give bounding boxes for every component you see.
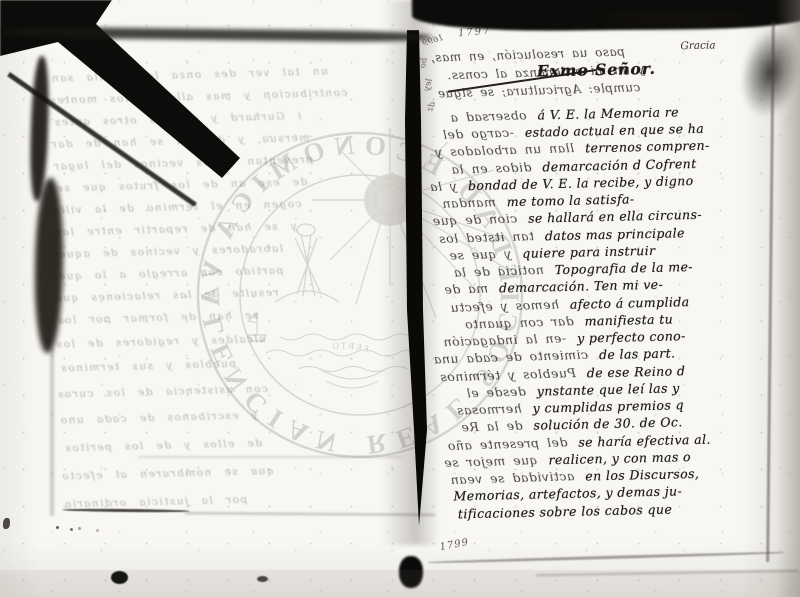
- bleedthrough-text: dar con quanto: [464, 313, 573, 331]
- bleedthrough-text: llan un arbolados y: [435, 140, 575, 159]
- bleedthrough-text: cogen en el termino de la villa: [52, 198, 302, 217]
- bleedthrough-text: contribucion y mas alla de los montes: [49, 87, 348, 107]
- margin-scribble: ley: [422, 77, 435, 92]
- bleedthrough-text: Pueblos y términos: [440, 365, 576, 384]
- handwritten-text: bondad de V. E. la recibe, y digno: [468, 173, 694, 193]
- manuscript-line: cimiento de cada una de las part.: [433, 345, 675, 365]
- bleedthrough-text: noticia de la: [453, 262, 544, 280]
- handwritten-text: Topografia de la me-: [555, 259, 693, 277]
- bleedthrough-text: mersua, y de alli se han de dar: [50, 132, 310, 151]
- margin-scribble: 1699: [421, 33, 445, 49]
- bleedthrough-text: de la Re: [461, 418, 523, 435]
- handwritten-text: y cumplidas premios q: [532, 397, 684, 415]
- bleedthrough-text: con asistencia de los curas: [56, 383, 267, 401]
- bleedthrough-text: hermosas: [456, 401, 522, 418]
- handwritten-text: quiere para instruir: [522, 243, 655, 261]
- handwritten-text: se haría efectiva al.: [578, 432, 711, 450]
- handwritten-text: de ese Reino d: [587, 363, 686, 380]
- bleedthrough-line: pueblos y sus terminos: [60, 352, 237, 376]
- bleedthrough-line: cogen en el termino de la villa: [51, 192, 301, 218]
- salutation: Exmo Señor.: [537, 59, 656, 81]
- bleedthrough-text: de ellos y de los peritos: [64, 437, 262, 454]
- handwritten-text: en los Discursos,: [585, 466, 699, 484]
- bleedthrough-line: por la justicia ordinaria: [63, 488, 247, 512]
- handwritten-text: á V. E. la Memoria re: [537, 104, 679, 122]
- bleedthrough-text: se han de formar por los: [57, 309, 259, 326]
- year-annotation: 1799: [439, 537, 470, 553]
- handwritten-text: tificaciones sobre los cabos que: [458, 502, 673, 522]
- folio-number: 1797: [458, 25, 492, 39]
- handwritten-text: afecto á cumplida: [570, 294, 690, 312]
- scanned-manuscript-page: REAL SOCIEDAD ECONOMICA VALENCIANA: [0, 0, 800, 597]
- manuscript-line: mandan me tomo la satisfa-: [442, 191, 635, 210]
- bleedthrough-line: i Gurhard y de sus otros antes: [53, 104, 301, 129]
- handwritten-text: me tomo la satisfa-: [507, 191, 635, 209]
- bleedthrough-text: -en la indagación: [443, 330, 567, 349]
- handwritten-text: solución de 30. de Oc.: [533, 414, 682, 432]
- handwritten-text: demarcación. Ten mi ve-: [499, 277, 663, 296]
- bleedthrough-line: se han de formar por los: [56, 303, 258, 327]
- bleedthrough-line: de ellos y de los peritos: [64, 431, 262, 455]
- bleedthrough-text: i Gurhard y de sus otros antes: [53, 110, 301, 128]
- bleedthrough-text: de ese an de los frutos que se: [55, 176, 307, 195]
- left-page: un tal ver des onza la camilla san contr…: [38, 47, 422, 537]
- handwritten-text: datos mas principale: [545, 225, 685, 243]
- handwritten-text: y perfecto cono-: [577, 328, 686, 345]
- bleedthrough-line: partido con arreglo a lo que: [57, 259, 283, 284]
- handwritten-text: ynstante que leí las y: [537, 380, 680, 398]
- scribble-text: ley: [422, 77, 435, 92]
- bleedthrough-text: desde el: [466, 384, 526, 401]
- bleedthrough-text: cumple: Agricultura; se sigue: [437, 80, 640, 100]
- bleedthrough-text: del presente año: [447, 434, 567, 453]
- manuscript-line: tificaciones sobre los cabos que: [447, 502, 673, 522]
- bleedthrough-text: pueblos y sus terminos: [60, 358, 236, 375]
- bleedthrough-text: resulte de las relaciones que: [54, 287, 279, 305]
- manuscript-line: de la Re solución de 30. de Oc.: [461, 414, 683, 434]
- bleedthrough-text: didos en la: [451, 159, 532, 177]
- bleedthrough-text: tan itsted los: [438, 228, 534, 246]
- heading-word-gracia: Gracia: [680, 39, 715, 52]
- bleedthrough-line: y escribanos de cada uno: [59, 403, 258, 427]
- bleedthrough-line: resulte de las relaciones que: [54, 281, 279, 306]
- bleedthrough-text: que mejor se: [444, 452, 538, 470]
- bleedthrough-text: mandan: [442, 194, 496, 211]
- handwritten-text: manifiesta tu: [584, 311, 673, 328]
- bleedthrough-text: hemos y efectu: [450, 297, 559, 315]
- handwritten-text: realicen, y con mas o: [548, 449, 691, 467]
- bleedthrough-text: cion de que: [432, 211, 517, 229]
- handwritten-text: demarcación d Cofrent: [542, 156, 697, 174]
- bleedthrough-text: labradores y vecinos de aquel: [53, 243, 283, 261]
- handwritten-text: se hallará en ella circuns-: [528, 207, 702, 226]
- bleedthrough-text: y escribanos de cada uno: [59, 409, 258, 426]
- bleedthrough-line: labradores y vecinos de aquel: [53, 237, 284, 262]
- right-page: 1797 Gracia 1699 bo ley dz paso ua resol…: [418, 12, 793, 576]
- bleedthrough-line: de ese an de los frutos que se: [55, 170, 307, 196]
- manuscript-line: Memorias, artefactos, y demas ju-: [442, 483, 682, 503]
- bleedthrough-text: ma de: [444, 280, 489, 296]
- bleedthrough-text: -cargo del: [442, 125, 514, 142]
- scribble-text: bo: [418, 57, 430, 69]
- bleedthrough-line: y se han de repartir entre los: [54, 214, 297, 239]
- margin-scribble: bo: [418, 57, 430, 69]
- bleedthrough-text: y la: [429, 178, 457, 194]
- bleedthrough-text: presentan a los vecinos del lugar: [52, 154, 313, 173]
- bleedthrough-text: que se nombraren al efecto: [61, 465, 274, 483]
- manuscript-line: ma de demarcación. Ten mi ve-: [444, 277, 664, 297]
- bleedthrough-text: y se han de repartir entre los: [54, 220, 297, 238]
- bleedthrough-text: cimiento de cada una: [433, 347, 588, 367]
- bleedthrough-line: con asistencia de los curas: [56, 377, 268, 402]
- bleedthrough-line: cumple: Agricultura; se sigue: [437, 81, 647, 100]
- bleedthrough-text: por la justicia ordinaria: [63, 494, 247, 511]
- bleedthrough-line: contribucion y mas alla de los montes: [49, 81, 348, 108]
- scribble-text: 1699: [421, 33, 445, 49]
- handwritten-text: de las part.: [599, 345, 676, 362]
- bleedthrough-line: presentan a los vecinos del lugar: [52, 148, 313, 174]
- bleedthrough-line: que se nombraren al efecto: [60, 459, 273, 484]
- bleedthrough-text: partido con arreglo a lo que: [57, 265, 283, 283]
- bleedthrough-line: mersua, y de alli se han de dar: [50, 126, 310, 152]
- bleedthrough-line: alcaldes y regidores de los: [55, 327, 266, 351]
- bleedthrough-text: y que se: [449, 246, 512, 263]
- handwritten-text: Memorias, artefactos, y demas ju-: [453, 483, 682, 503]
- margin-scribble: dz: [425, 100, 438, 113]
- bleedthrough-text: alcaldes y regidores de los: [55, 333, 265, 350]
- handwritten-text: estado actual en que se ha: [525, 121, 705, 140]
- scribble-text: dz: [425, 100, 438, 113]
- bleedthrough-text: actividad se vean: [450, 468, 575, 487]
- bleedthrough-text: obsersad a: [450, 107, 527, 124]
- handwritten-text: terrenos compren-: [585, 138, 710, 156]
